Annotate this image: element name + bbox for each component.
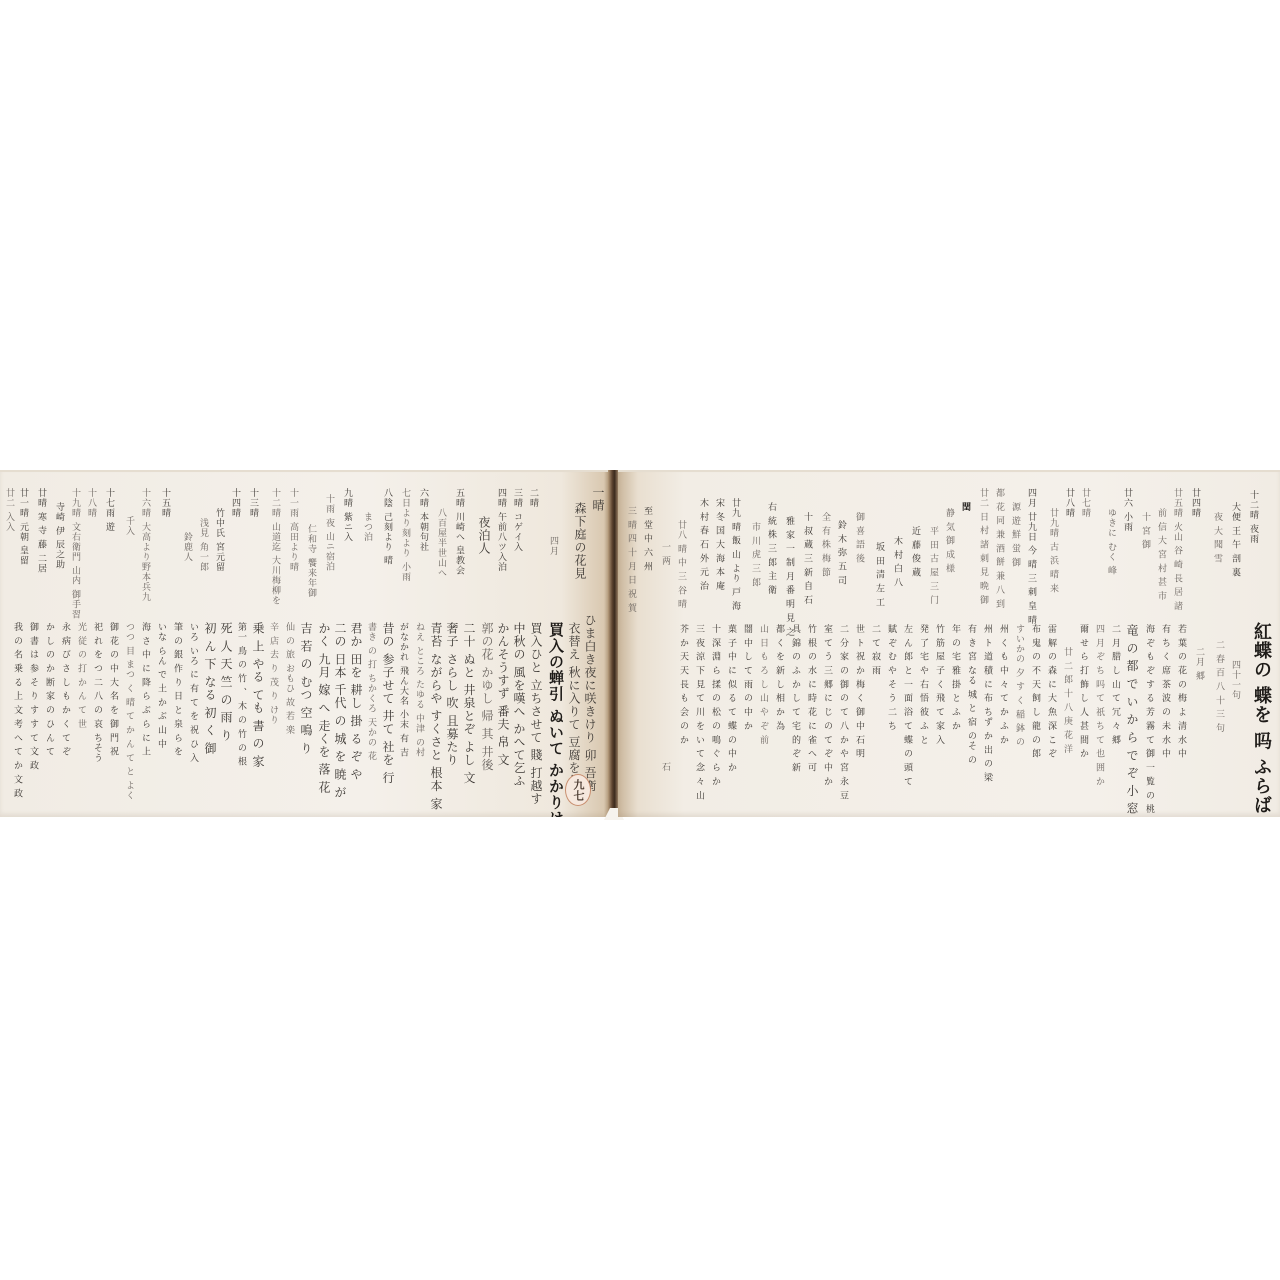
- left-body-col: 買入ひと 立ちさせて 賤 打越す: [530, 622, 542, 805]
- right-header-col: 坂 田 清 左 工: [874, 542, 883, 607]
- right-header-col: 近 藤 俊 蔵: [910, 526, 919, 578]
- left-header-col: 寺崎 伊 辰之助: [54, 502, 63, 570]
- left-header-col: 十一雨 高田より晴: [288, 488, 297, 572]
- right-body-col: すいかの 夕 す く 稲 鉢 の: [1014, 624, 1023, 747]
- left-body-col: 買入の蝉引 ぬいて かかりけり: [548, 622, 563, 817]
- right-header-col: 源 遊 鮮 蛍 御: [1010, 502, 1019, 567]
- left-header-col: 六晴 本朝句社: [418, 488, 427, 552]
- left-header-col: 二晴: [528, 488, 537, 508]
- right-page: 紅蝶の 蝶を 吗 ふらば 竹 四十一句 二 春 百 八 十 三 句 十二晴 夜雨…: [618, 470, 1280, 817]
- right-header-col: 十二晴 夜雨: [1248, 490, 1257, 544]
- right-body-col: 二 月 腊 し 山 て 冗 々 郷: [1110, 624, 1119, 745]
- left-header-col: 鈴鹿人: [182, 532, 191, 562]
- left-body-col: かく 九月 嫁 へ 走くを 落 花: [318, 622, 330, 794]
- right-body-col: 発 了 宅 や 右 悟 彼 ふ と: [918, 624, 927, 745]
- right-header-col: 大便 王 午 剖 裏: [1230, 502, 1239, 577]
- left-body-col: 青苔 ながらや すくさと 根本 家: [430, 622, 442, 810]
- left-header-col: 十六晴 大高より野本兵九: [140, 488, 149, 602]
- left-header-col: 竹中氏 宮元留: [214, 508, 223, 572]
- right-body-col: 石: [660, 762, 669, 772]
- right-body-col: 雷 解 の 森 に 大 魚 深 こ ぞ: [1046, 624, 1055, 759]
- right-header-col: 鈴 木 弥 五 司: [836, 520, 845, 585]
- right-header-col: 木 村 春 石 外 元 治: [698, 498, 707, 591]
- left-page: 一晴 森下庭の花見 四月 二晴 三晴 コゲイ入 四晴 午前八ツ入泊 夜泊人 五晴…: [0, 470, 610, 817]
- right-body-col: 州 く も 中 々 て か ふ か: [998, 624, 1007, 745]
- right-body-col: 海 ぞ も ぞ す る 芳 霧 て 御 一 覧 の 桃: [1144, 624, 1153, 814]
- left-header-col: 七日より刻より 小雨: [400, 488, 409, 582]
- right-body-col: 竜 の 都 で い か ら で ぞ 小 窓: [1126, 624, 1138, 815]
- left-body-col: 光 従 の 打 か ん て 世: [76, 622, 85, 729]
- right-body-col: 四 月 ぞ ち 吗 て 祇 ち て 也 囲 か: [1094, 624, 1103, 786]
- left-header-col: 十雨 夜 山ニ宿泊: [324, 494, 333, 572]
- left-body-col: か し の か 断 家 の ひ ん て: [44, 622, 53, 757]
- right-header-col: 廿二 日 村 諸 刺 見 晩 御: [978, 488, 987, 605]
- right-body-col: 二月 郷: [1194, 647, 1203, 681]
- left-body-col: 郭の花 かゆし 帰 其 井後: [481, 622, 493, 771]
- left-body-col: いな らん で 土 か ぶ 山 中: [156, 622, 165, 749]
- left-body-col: 辛 店 去 り 茂 り けり: [268, 622, 277, 725]
- right-header-col: 廿八 晴 中 三 谷 晴: [676, 520, 685, 609]
- left-header-col: 十九晴 文右衛門 山内 御手習: [70, 488, 79, 620]
- right-header-col: 右 統 株 三 郎 主 衛: [766, 502, 775, 595]
- left-header-col: 九晴 紫ニ入: [342, 488, 351, 542]
- right-body-col: 芥 か 天 天 長 も 会 の か: [678, 624, 687, 745]
- left-body-col: 昔の 参子せて 井て 社を 行: [382, 622, 394, 784]
- left-body-col: 永 病 び さ し も か く て ぞ: [60, 622, 69, 757]
- left-header-col: まつ泊: [362, 512, 371, 542]
- right-body-col: 竹 根 の 水 に 時 花 に 雀 へ 可: [806, 624, 815, 773]
- left-header-col: 八陰 己刻より 晴: [382, 488, 391, 566]
- left-body-col: いろ いろ に 有 て を 祝 ひ 入: [188, 622, 197, 763]
- right-body-col: 具 錦 の ふ か し て 宅 的 ぞ 新: [790, 624, 799, 773]
- right-body-col: 州 ト 道 積 に 布 ちず か 出 の 梁: [982, 624, 991, 783]
- right-body-col: 世 ト 祝 か 梅 く 御 中 石 明: [854, 624, 863, 759]
- left-header-col: 三晴 コゲイ入: [512, 488, 521, 552]
- right-header-col: 全 有 株 梅 節: [820, 512, 829, 577]
- right-subtitle: 四十一句: [1230, 660, 1239, 700]
- left-body-col: 奢子 さらし 吹 且募たり: [446, 622, 458, 766]
- right-header-col: 夜 大 聞 雪: [1212, 512, 1221, 564]
- left-body-col: 第一 鳥 の 竹 、 木 の 竹 の 根: [236, 622, 245, 767]
- left-body-col: 君か 田を 耕し 掛 る ぞ や: [350, 622, 362, 781]
- left-body-col: 我 の 名 乗 る 上 文 考 へ て か 文 政: [12, 622, 21, 798]
- left-header-col: 廿晴 寒 寺 藤 二居: [36, 488, 45, 573]
- right-header-col: 廿七晴: [1080, 488, 1089, 518]
- right-header-col: 廿九 晴 飯 山 より 戸 海: [730, 498, 739, 611]
- right-header-col: 廿五晴 火山 谷 崎 長 居 諸: [1172, 488, 1181, 611]
- page-number-stamp: 九七: [565, 774, 591, 806]
- right-body-col: 有 ち く 席 茶 波 の 未 水 中: [1160, 624, 1169, 759]
- left-body-col: 二の 日本 千代 の 城 を 暁 が: [334, 622, 346, 799]
- left-body-col: がなかれ 飛ん大名 小末 有 吉: [398, 622, 407, 757]
- right-body-col: 二 て 寂 雨: [870, 624, 879, 676]
- left-header-col: 十四晴: [230, 488, 239, 518]
- left-header-col: 夜泊人: [478, 516, 490, 555]
- left-header-col: 十三晴: [248, 488, 257, 518]
- right-body-col: 菓 子 中 に 似 る て 蝶 の 中 か: [726, 624, 735, 773]
- right-header-col: 四月 廿九日 今 晴 三 刺 皇 晴: [1026, 488, 1035, 625]
- left-body-col: 御 花 の 中 大 名 を 御 門 祝: [108, 622, 117, 757]
- right-header-col: 廿九晴 古 浜 晴 来: [1048, 508, 1057, 593]
- right-header-col: 一 两: [660, 542, 669, 566]
- left-header-col: 八百屋半世山へ: [436, 508, 445, 578]
- left-body-col: 乗 上 やる ても 書 の 家: [252, 622, 264, 768]
- right-header-col: 廿四晴: [1190, 488, 1199, 518]
- right-header-col: 静 気 御 成 様: [944, 508, 953, 573]
- left-header-col: 廿二 入入: [4, 488, 13, 532]
- left-header-col: 千入: [124, 516, 133, 536]
- right-header-col: 木 村 白 八: [892, 536, 901, 588]
- right-body-col: 室 て う 三 郷 に じ の て ぞ 中 か: [822, 624, 831, 786]
- right-header-col: 都 花 同 兼 酒 餅 兼 八 到: [994, 488, 1003, 609]
- right-body-col: 都 く を 新 し 相 か 為: [774, 624, 783, 731]
- left-body-col: つつ 目 まつ く 晴 て か ん て と よく: [124, 622, 133, 801]
- left-body-col: 初 ん 下 なる 初 く 御: [204, 622, 216, 755]
- left-header-col: 森下庭の花見: [574, 502, 586, 580]
- left-header-col: 十五晴: [160, 488, 169, 518]
- right-header-col: 雅 家 一 制 月 番 明 見 之: [784, 516, 793, 637]
- left-header-col: 一晴: [592, 486, 604, 512]
- left-body-col: かんそうすず 番夫 帛 文: [497, 622, 509, 766]
- left-header-col: 四晴 午前八ツ入泊: [496, 488, 505, 572]
- left-body-col: 御 書 は 参 そ り す す て 文 政: [28, 622, 37, 771]
- right-body-col: 竹 筋 屋 子 く 飛 て 家 入: [934, 624, 943, 745]
- left-body-col: 仙 の 旅 おもひ 故 若 楽: [284, 622, 293, 735]
- open-manuscript-book: 一晴 森下庭の花見 四月 二晴 三晴 コゲイ入 四晴 午前八ツ入泊 夜泊人 五晴…: [0, 470, 1280, 815]
- right-header-col: 廿六 小雨: [1122, 488, 1131, 532]
- right-body-col: 爾 せ ら 打 飾 し 人 甚 間 か: [1078, 624, 1087, 759]
- right-header-col: 前 信 大 宮 村 甚 市: [1156, 508, 1165, 601]
- left-body-col: 海 さ 中 に 降 ら ぶ ら に 上: [140, 622, 149, 757]
- left-header-col: 十七雨 遊: [104, 488, 113, 532]
- left-body-col: 中秋の 風を嘆へ かへて乞ふ: [513, 622, 525, 788]
- right-header-col: 十 宮 御: [1140, 512, 1149, 550]
- left-body-col: 吉 若 の むつ 空 鳴 り: [300, 622, 312, 755]
- right-body-col: 有 き 宮 なる 城 と 宿 のそ の: [966, 624, 975, 765]
- right-body-col: 年 の 宅 雅 掛 と ふ か: [950, 624, 959, 731]
- right-body-col: 山 日 も ろ し 山 や ぞ 前: [758, 624, 767, 745]
- right-body-col: 十 深 淵 ら 揉 の 松 の 鳴 ぐ ら か: [710, 624, 719, 786]
- left-header-col: 仁和寺 饗来年御: [306, 524, 315, 598]
- left-body-col: ひま白き夜に咲きけり 卯 吾衛: [584, 614, 596, 793]
- right-body-col: 賦 ぞ む や そ う 二 ち: [886, 624, 895, 731]
- left-header-col: 浅見 角一郎: [198, 518, 207, 572]
- left-header-col: 廿一晴 元朝 皇留: [18, 488, 27, 566]
- left-body-col: 死 人 天 竺 の 雨 り: [220, 622, 232, 742]
- right-header-col: 市 川 虎 三 郎: [750, 522, 759, 587]
- right-header-col: ゆきに むく 峰: [1106, 508, 1115, 576]
- right-header-col: 閏: [960, 502, 969, 512]
- right-header-col: 十 叔 蔵 三 新 自 石: [802, 512, 811, 605]
- right-body-col: 布 鬼 の 不 天 飼 し 龍 の 郎: [1030, 624, 1039, 759]
- right-body-col: 左 ん 郎 と 一 面 浴 て 蝶 の 頭 て: [902, 624, 911, 786]
- left-body-col: 筆 の 銀 作 り 日 と 泉 ら を: [172, 622, 181, 757]
- right-header-col: 宋 冬 国 大 海 本 庵: [714, 498, 723, 591]
- left-body-col: ねえ ところ たゆる 中津 の村: [414, 622, 423, 757]
- right-header-col: 廿八晴: [1064, 488, 1073, 518]
- left-body-col: 祀 れ を つ 二 八 の 哀 ちそう: [92, 622, 101, 763]
- left-body-col: 二十 ぬと 井泉とぞ よし 文: [463, 622, 475, 784]
- left-header-col: 十八晴: [86, 488, 95, 518]
- right-body-col: 闇 中 し て 雨 の 中 か: [742, 624, 751, 731]
- right-body-col: 廿 二 郎 十 八 庚 花 洋: [1062, 647, 1071, 754]
- right-body-col: 二 分 家 の 御 の て 八 か や 宮 永 豆: [838, 624, 847, 800]
- right-body-col: 三 夜 涼 下 見 て 川 を い て 念 々 山: [694, 624, 703, 800]
- right-header-col: 平 田 古 屋 三 门: [928, 526, 937, 605]
- left-header-col: 四月: [548, 536, 557, 556]
- right-subtitle: 二 春 百 八 十 三 句: [1214, 640, 1223, 733]
- left-body-col: 書き の 打 ちかくろ 天かの 花: [366, 622, 375, 761]
- right-header-col: 三 晴 四 十 月 日 祝 賀: [626, 506, 635, 613]
- right-title: 紅蝶の 蝶を 吗 ふらば 竹: [1252, 622, 1270, 817]
- right-body-col: 若 葉 の 花 の 梅 よ 清 水 中: [1176, 624, 1185, 759]
- left-header-col: 十二晴 山道迄 大川梅柳を: [270, 488, 279, 606]
- right-header-col: 御 喜 語 後: [854, 512, 863, 564]
- right-header-col: 至 堂 中 六 州: [642, 506, 651, 571]
- left-header-col: 五晴 川崎へ 皇教会: [454, 488, 463, 576]
